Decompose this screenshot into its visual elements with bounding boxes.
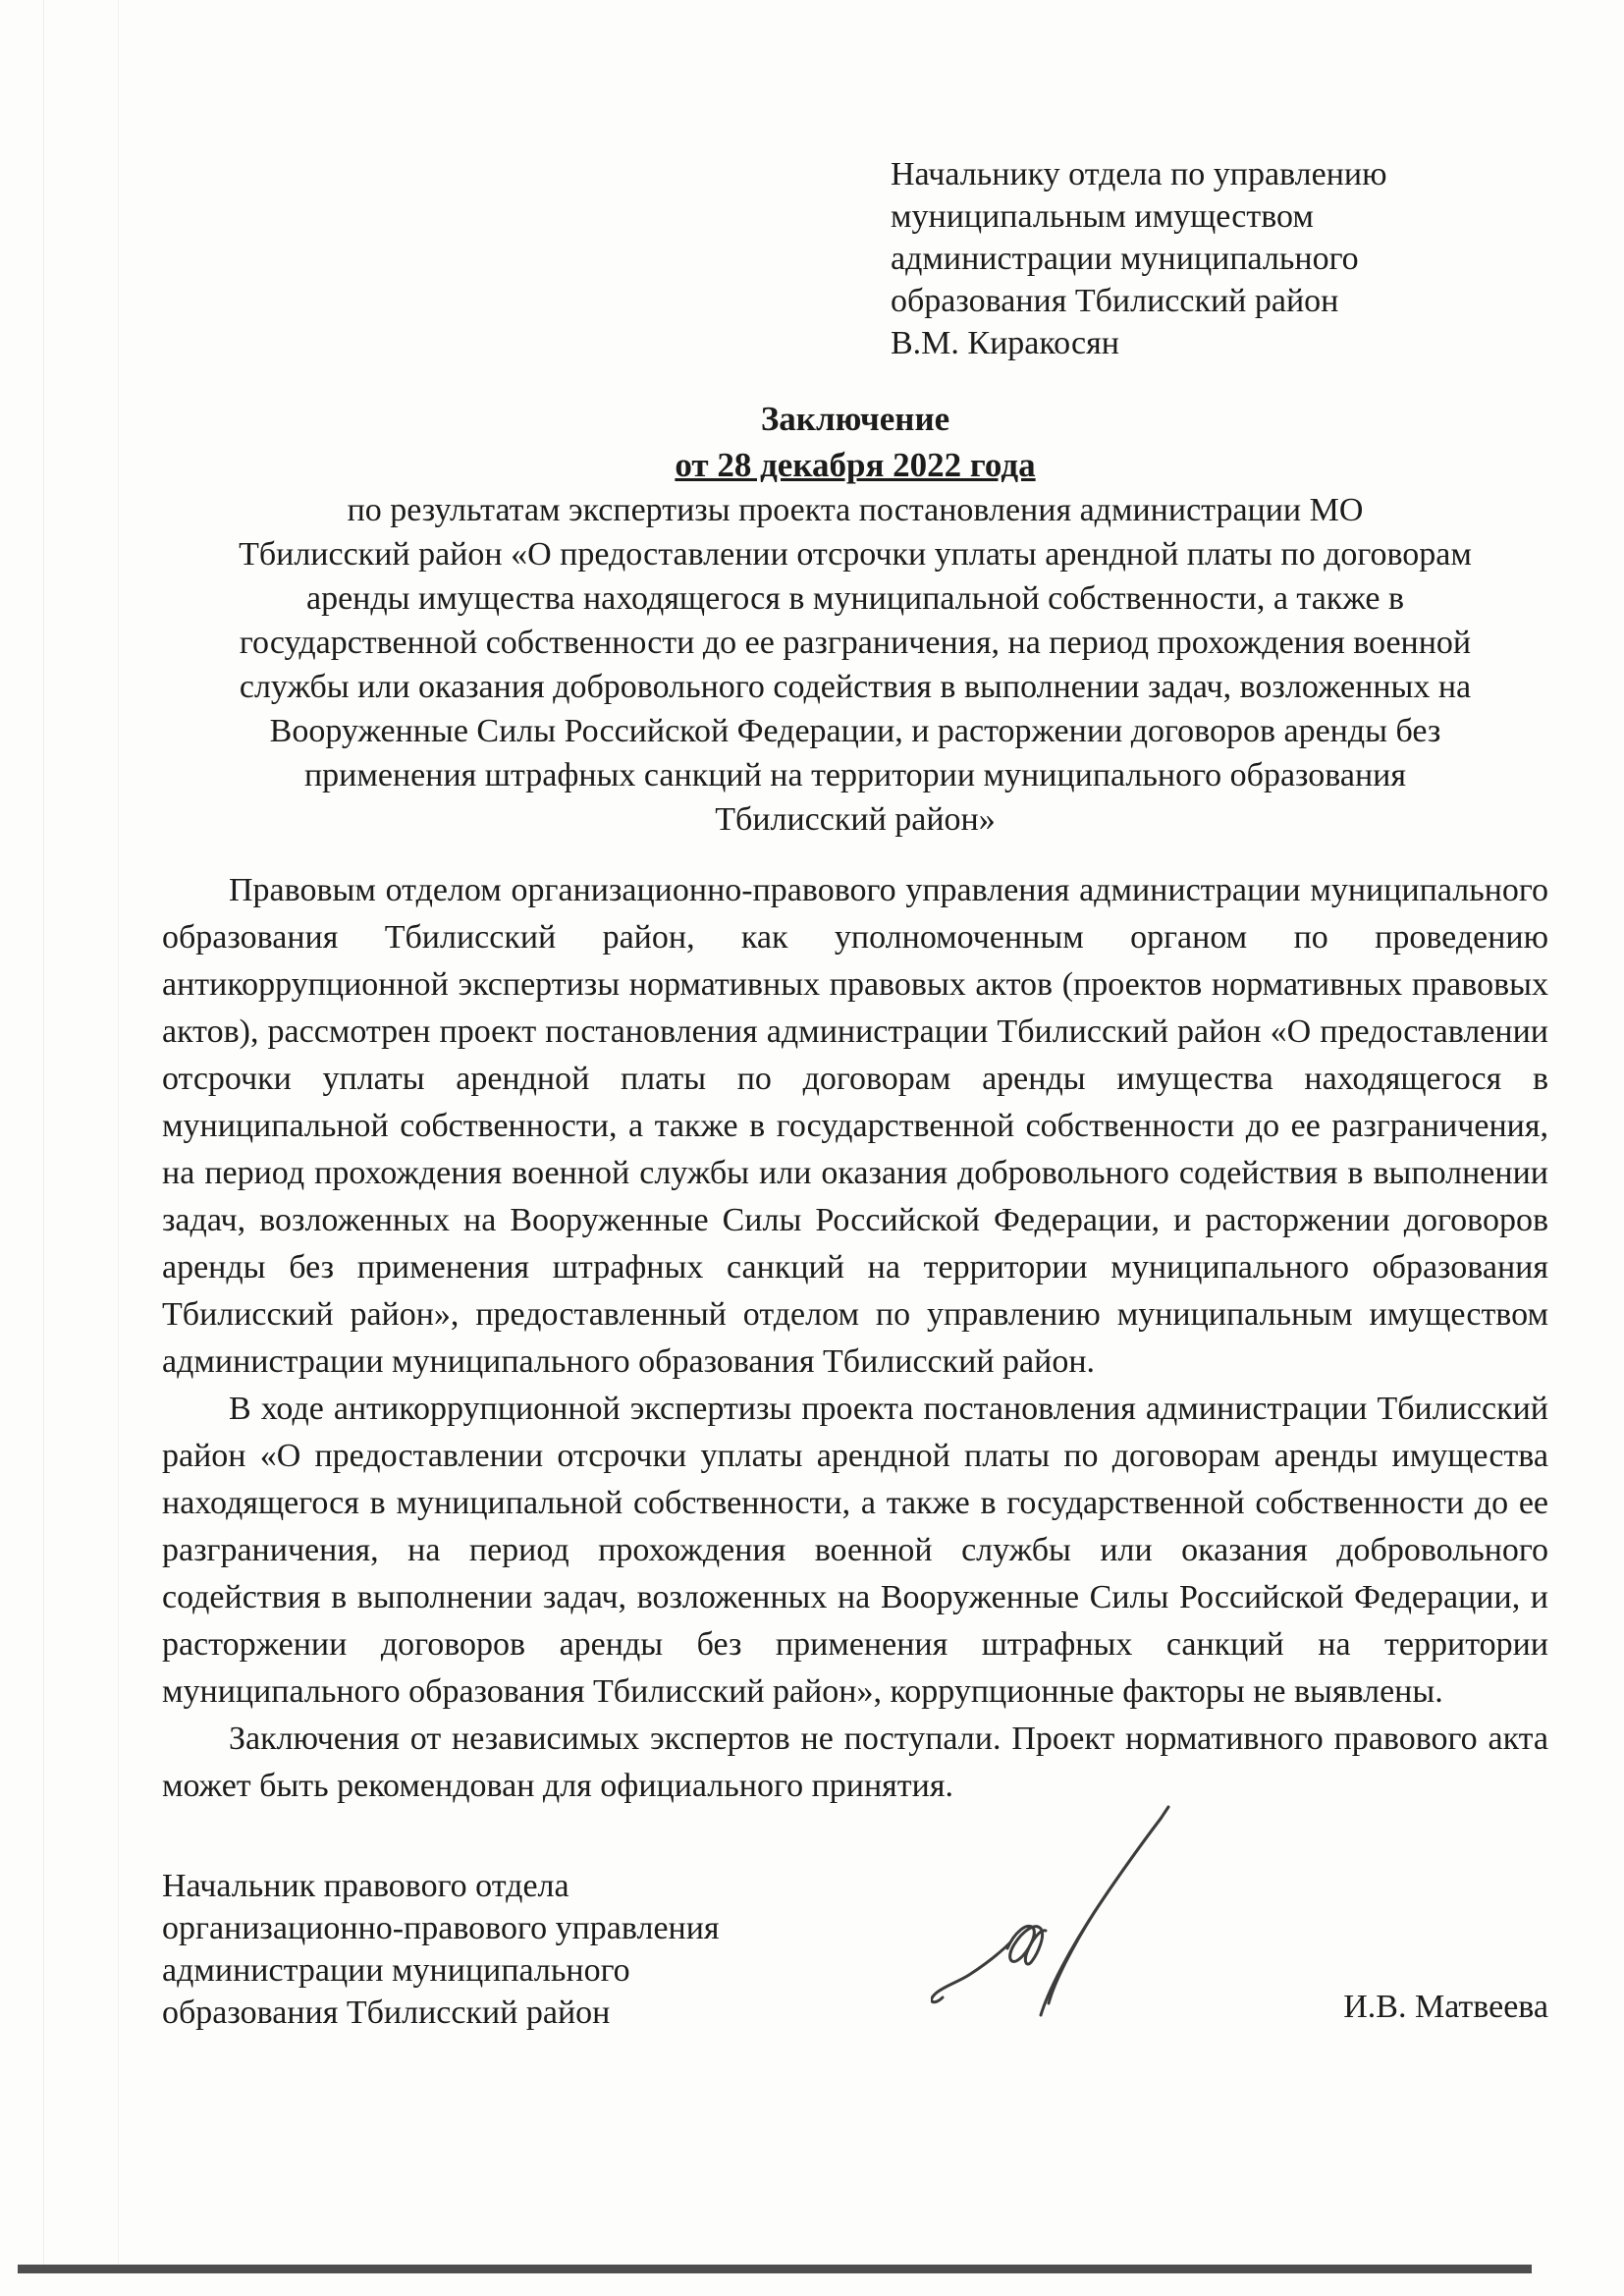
subject-line: Тбилисский район «О предоставлении отсро… [162,532,1548,576]
addressee-block: Начальнику отдела по управлению муниципа… [891,153,1548,364]
document-title: Заключение [162,396,1548,442]
signature-block: Начальник правового отдела организационн… [162,1865,1548,2034]
signatory-position-line: образования Тбилисский район [162,1992,790,2034]
signatory-position-line: организационно-правового управления [162,1907,790,1949]
document-body: Правовым отделом организационно-правовог… [162,867,1548,1810]
subject-block: по результатам экспертизы проекта постан… [162,488,1548,842]
scan-edge-shadow-bottom [18,2265,1532,2273]
addressee-line: администрации муниципального [891,238,1548,280]
scan-artifact-vertical-line [118,0,119,2265]
body-paragraph: Заключения от независимых экспертов не п… [162,1716,1548,1810]
scan-artifact-vertical-line [43,0,44,2265]
body-paragraph: В ходе антикоррупционной экспертизы прое… [162,1386,1548,1716]
signatory-position-line: администрации муниципального [162,1949,790,1992]
scanned-document-page: Начальнику отдела по управлению муниципа… [0,0,1624,2296]
signatory-name: И.В. Матвеева [1343,1986,1548,2034]
addressee-name: В.М. Киракосян [891,322,1548,364]
subject-line: Вооруженные Силы Российской Федерации, и… [162,709,1548,753]
signatory-position: Начальник правового отдела организационн… [162,1865,790,2034]
addressee-line: муниципальным имуществом [891,195,1548,238]
subject-line: по результатам экспертизы проекта постан… [162,488,1548,532]
signatory-position-line: Начальник правового отдела [162,1865,790,1907]
subject-line: службы или оказания добровольного содейс… [162,665,1548,709]
handwritten-signature [931,1730,1225,2025]
document-content: Начальнику отдела по управлению муниципа… [162,0,1548,2034]
addressee-line: Начальнику отдела по управлению [891,153,1548,195]
title-block: Заключение от 28 декабря 2022 года [162,396,1548,488]
subject-line: применения штрафных санкций на территори… [162,753,1548,797]
subject-line: государственной собственности до ее разг… [162,621,1548,665]
body-paragraph: Правовым отделом организационно-правовог… [162,867,1548,1386]
subject-line: аренды имущества находящегося в муниципа… [162,576,1548,621]
subject-line: Тбилисский район» [162,797,1548,842]
addressee-line: образования Тбилисский район [891,280,1548,322]
document-date: от 28 декабря 2022 года [162,442,1548,488]
